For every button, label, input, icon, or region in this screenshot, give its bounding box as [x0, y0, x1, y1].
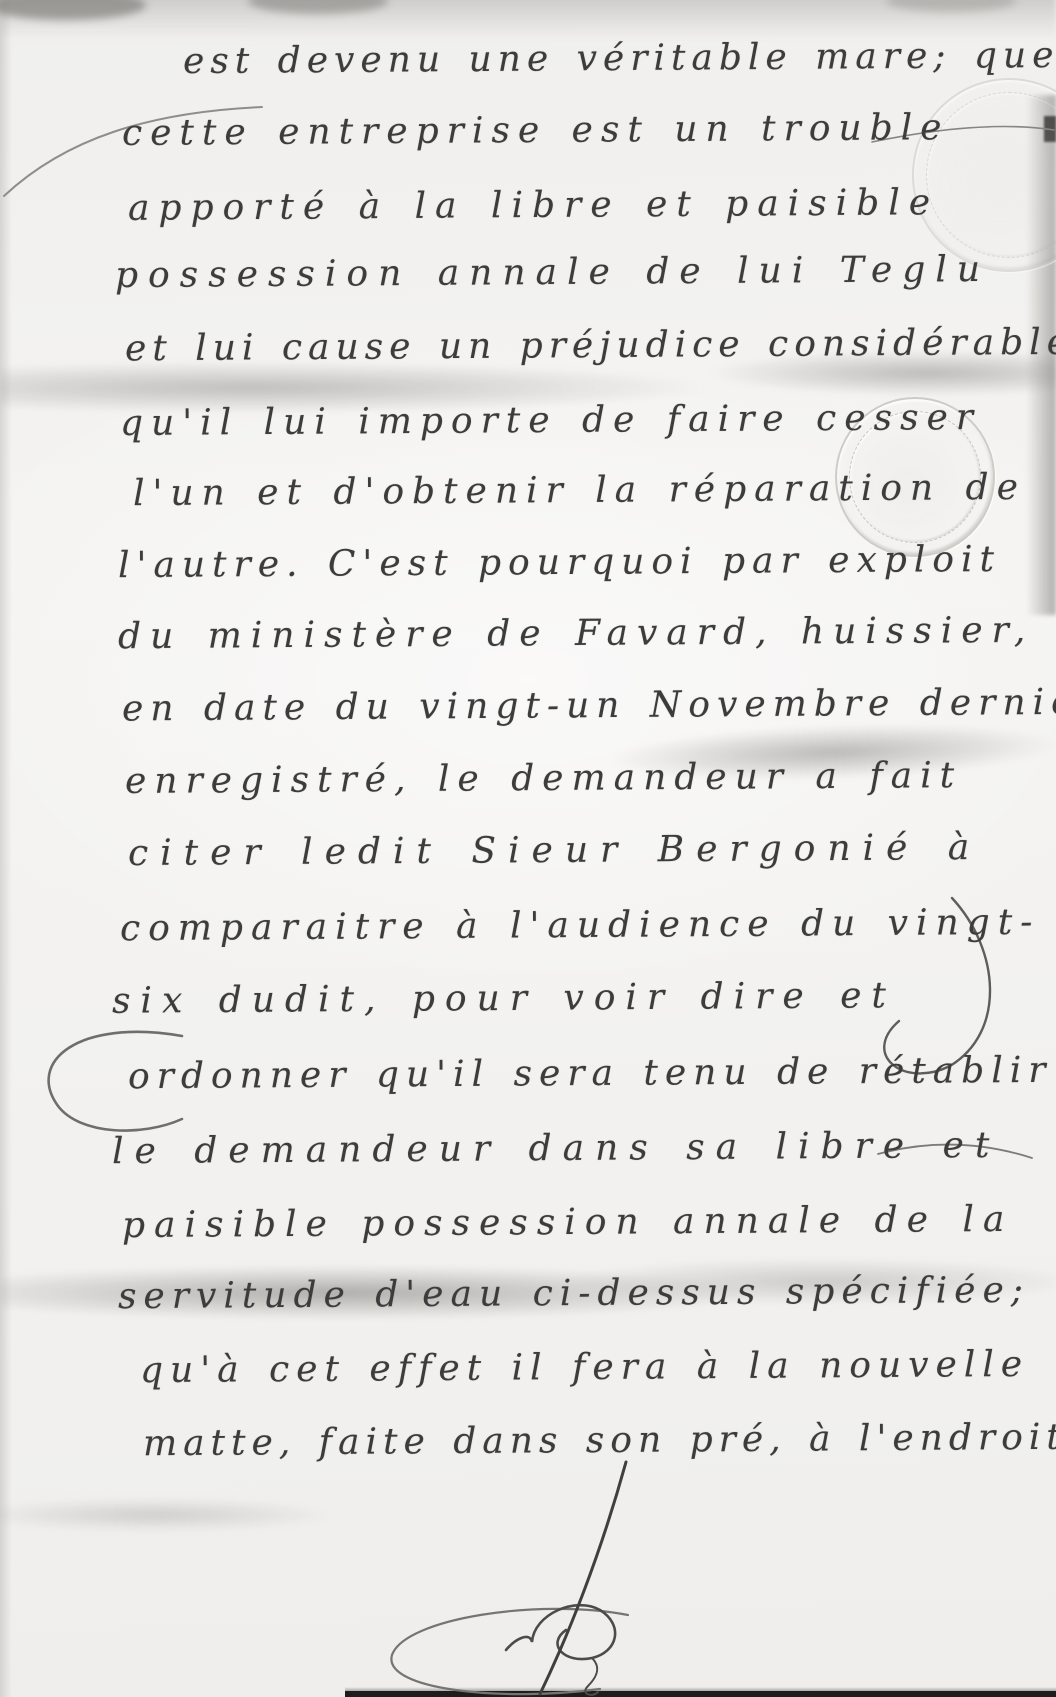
- handwritten-line: possession annale de lui Teglu: [115, 247, 990, 299]
- handwritten-line: citer ledit Sieur Bergonié à: [128, 825, 982, 877]
- manuscript-page: est devenu une véritable mare; que cette…: [0, 0, 1056, 1697]
- scan-edge: [345, 1691, 1056, 1697]
- handwritten-line: qu'il lui importe de faire cesser: [120, 395, 981, 447]
- signature-paraph: [506, 1605, 615, 1659]
- scan-smudge: [248, 0, 388, 14]
- fold-crease: [0, 1492, 430, 1538]
- handwritten-line: qu'à cet effet il fera à la nouvelle: [140, 1342, 1029, 1394]
- left-edge-shadow: [0, 0, 12, 1697]
- scan-edge-shadow: [345, 1687, 1056, 1693]
- handwritten-line: du ministère de Favard, huissier,: [118, 608, 1035, 660]
- paper-nick: [1044, 116, 1056, 142]
- scan-smudge: [886, 0, 1016, 12]
- handwritten-line: ordonner qu'il sera tenu de rétablir: [128, 1048, 1053, 1100]
- handwritten-line: paisible possession annale de la: [122, 1197, 1014, 1249]
- signature-paraph: [391, 1609, 628, 1694]
- handwritten-line: cette entreprise est un trouble: [122, 105, 950, 157]
- handwritten-line: apporté à la libre et paisible: [128, 180, 939, 232]
- handwritten-line: et lui cause un préjudice considérable;: [125, 320, 1056, 373]
- handwritten-line: l'autre. C'est pourquoi par exploit: [118, 537, 1001, 589]
- handwritten-line: servitude d'eau ci-dessus spécifiée;: [118, 1268, 1030, 1320]
- handwritten-line: l'un et d'obtenir la réparation de: [133, 465, 1026, 517]
- handwritten-line: est devenu une véritable mare; que: [183, 33, 1056, 85]
- signature-paraph: [585, 1658, 598, 1695]
- handwritten-line: six dudit, pour voir dire et: [112, 973, 896, 1024]
- scan-smudge: [0, 0, 146, 20]
- handwritten-line: en date du vingt-un Novembre dernier,: [122, 680, 1056, 733]
- handwritten-line: le demandeur dans sa libre et: [112, 1123, 1001, 1175]
- handwritten-line: matte, faite dans son pré, à l'endroit: [143, 1415, 1056, 1467]
- scan-top-shadow: [0, 0, 1056, 38]
- signature-paraph: [540, 1462, 626, 1694]
- handwritten-line: enregistré, le demandeur a fait: [125, 753, 962, 805]
- handwritten-line: comparaitre à l'audience du vingt-: [120, 900, 1041, 952]
